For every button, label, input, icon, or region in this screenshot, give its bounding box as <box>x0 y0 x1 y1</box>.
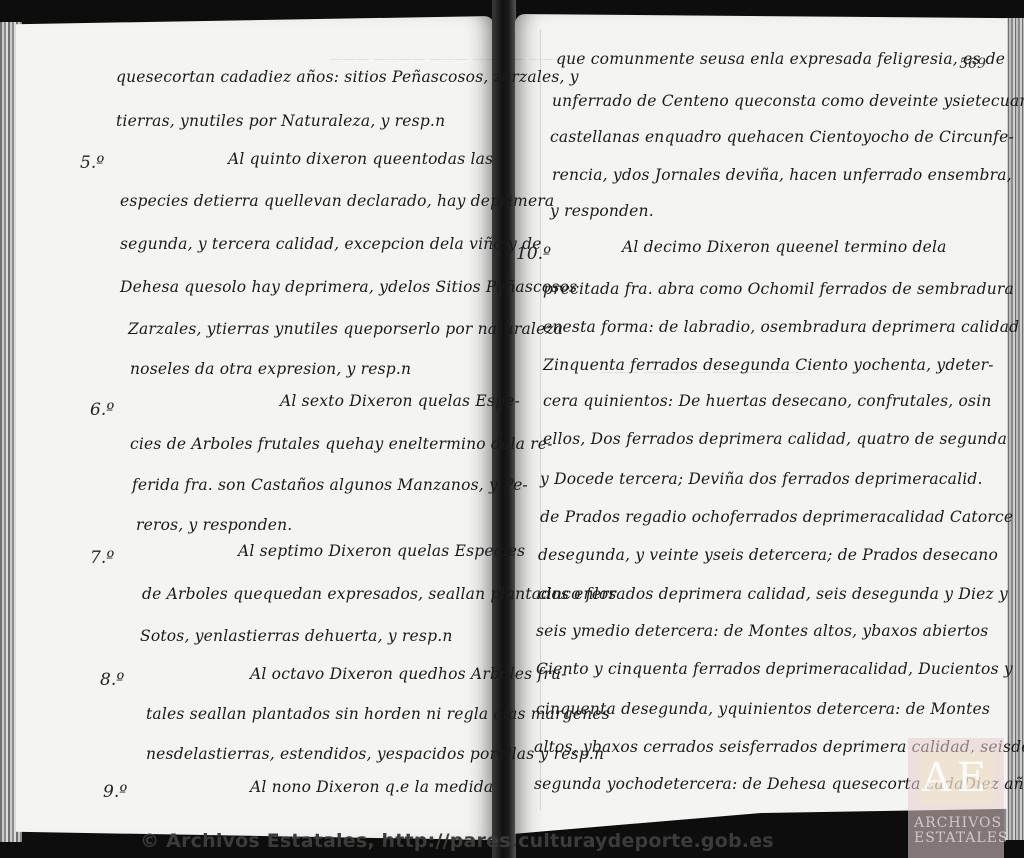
text-line: segunda, y tercera calidad, excepcion de… <box>120 235 542 253</box>
paragraph-number: 7.º <box>90 548 114 568</box>
text-line: precitada fra. abra como Ochomil ferrado… <box>543 280 1014 298</box>
logo-text: ARCHIVOS ESTATALES <box>914 816 1004 846</box>
text-line: cera quinientos: De huertas desecano, co… <box>543 392 992 410</box>
text-line: castellanas enquadro quehacen Cientoyoch… <box>550 128 1014 146</box>
right-page-margin-rule <box>540 30 541 810</box>
book-spine <box>492 0 516 858</box>
text-line: quesecortan cadadiez años: sitios Peñasc… <box>116 68 579 86</box>
text-line: cinco ferrados deprimera calidad, seis d… <box>538 585 1008 603</box>
paragraph-number: 8.º <box>100 670 124 690</box>
text-line: noseles da otra expresion, y resp.n <box>130 360 411 378</box>
text-line: y responden. <box>550 202 654 220</box>
text-line: ellos, Dos ferrados deprimera calidad, q… <box>543 430 1007 448</box>
text-line: y Docede tercera; Deviña dos ferrados de… <box>540 470 983 488</box>
text-line: Al quinto dixeron queentodas las <box>228 150 493 168</box>
manuscript-scan: ———— ———— ——— ———— ——— ——— ———— ————— ——… <box>0 0 1024 858</box>
archivos-estatales-logo: AE ARCHIVOS ESTATALES <box>908 738 1004 858</box>
text-line: desegunda, y veinte yseis detercera; de … <box>538 546 998 564</box>
text-line: Al sexto Dixeron quelas Espe- <box>280 392 520 410</box>
text-line: de Prados regadio ochoferrados deprimera… <box>540 508 1013 526</box>
logo-mark-icon: AE <box>920 752 994 804</box>
text-line: Ciento y cinquenta ferrados deprimeracal… <box>536 660 1013 678</box>
paragraph-number: 9.º <box>103 782 127 802</box>
text-line: cinquenta desegunda, yquinientos deterce… <box>536 700 990 718</box>
text-line: Al decimo Dixeron queenel termino dela <box>622 238 947 256</box>
bleed-through-text: ———— ———— ——— ———— ——— <box>330 52 581 67</box>
paragraph-number: 5.º <box>80 153 104 173</box>
text-line: Al octavo Dixeron quedhos Arboles fru- <box>250 665 567 683</box>
text-line: ferida fra. son Castaños algunos Manzano… <box>132 476 528 494</box>
text-line: Al septimo Dixeron quelas Especies <box>238 542 525 560</box>
text-line: especies detierra quellevan declarado, h… <box>120 192 554 210</box>
text-line: seis ymedio detercera: de Montes altos, … <box>536 622 988 640</box>
text-line: Dehesa quesolo hay deprimera, ydelos Sit… <box>120 278 577 296</box>
text-line: enesta forma: de labradio, osembradura d… <box>543 318 1019 336</box>
text-line: Zinquenta ferrados desegunda Ciento yoch… <box>543 356 994 374</box>
text-line: Al nono Dixeron q.e la medida <box>250 778 493 796</box>
paragraph-number: 6.º <box>90 400 114 420</box>
text-line: cies de Arboles frutales quehay enelterm… <box>130 435 553 453</box>
paragraph-number: 10.º <box>516 244 551 264</box>
text-line: Sotos, yenlastierras dehuerta, y resp.n <box>140 627 453 645</box>
text-line: Zarzales, ytierras ynutiles queporserlo … <box>128 320 563 338</box>
text-line: unferrado de Centeno queconsta como deve… <box>552 92 1024 110</box>
text-line: tierras, ynutiles por Naturaleza, y resp… <box>116 112 445 130</box>
text-line: que comunmente seusa enla expresada feli… <box>556 50 1005 68</box>
copyright-watermark: © Archivos Estatales, http://pares.cultu… <box>0 830 914 852</box>
text-line: rencia, ydos Jornales deviña, hacen unfe… <box>552 166 1012 184</box>
text-line: reros, y responden. <box>136 516 292 534</box>
